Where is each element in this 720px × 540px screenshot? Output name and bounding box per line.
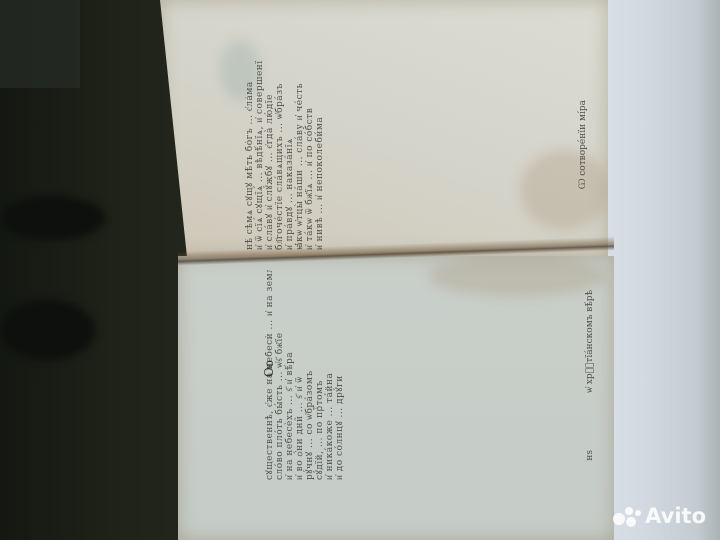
running-head-upper: Ѡ сотворе́нїи мі́ра xyxy=(578,100,588,189)
text-line: нѣ̑ сѣмѧ̀ сꙋщꙋ̀ мѣ̑ть бо́гъ ... є҆ла́ма xyxy=(245,60,255,250)
avito-watermark: Avito xyxy=(613,504,706,528)
text-line: ꙗ҆́кѡ ѡ҆тцы̀ на́ши ... сла́ву и҆ че́сть xyxy=(295,60,305,250)
avito-dots-icon xyxy=(613,505,641,527)
dark-table-surface xyxy=(0,0,190,540)
text-line: и҆ во ѻ҆́ни дни̑ ... ѕ҃ и҆ ѿ xyxy=(295,270,305,480)
text-line: сло́во пло́ть бы́сть ... ѡ҆ѕ҃ бж҃їе xyxy=(275,270,285,480)
hand-shadow xyxy=(0,196,105,240)
text-line: рꙋ́чнꙋ ... со ѡ҆бра́зомъ xyxy=(305,270,315,480)
watermark-text: Avito xyxy=(645,504,706,528)
text-line: и҆ сла́вꙋ и҆ слꙋ́жбꙋ ... є҆гда̀ лю́дїе xyxy=(265,60,275,250)
lower-page-text: сꙋ́щественнѣ, є҆́же на небесѝ ... и҆ на … xyxy=(265,270,595,480)
text-line: и҆ пра́вдꙋ ... наказа́нїѧ xyxy=(285,60,295,250)
text-line: и҆ та́кѡ ѿ бж҃їѧ ... и҆ по со́бств xyxy=(305,60,315,250)
background-panel xyxy=(0,0,80,88)
text-line: бл҃гоче́стїе сла́вѧщихъ ... ѡ҆бра́зъ xyxy=(275,60,285,250)
text-line: и҆ ѿ сїѧ́ сꙋщїѧ́ ... вѣдѣ́нїѧ, и҆ соверш… xyxy=(255,60,265,250)
text-line: и҆ ника́коже ... та́йна xyxy=(325,270,335,480)
book-photo: Ѡ сотворе́нїи мі́ра нѣ̑ сѣмѧ̀ сꙋщꙋ̀ мѣ̑т… xyxy=(0,0,720,540)
hand-shadow xyxy=(0,300,95,360)
catchword: Оо xyxy=(262,360,276,377)
text-line: и҆ до со́лнцꙋ ... дрꙋ́ги xyxy=(335,270,345,480)
text-line: и҆ нивѣ ... и҆ непоколеби́ма xyxy=(315,60,325,250)
text-line: и҆ на небесѐхъ ... ѕ҃ и҆ вѣ́ра xyxy=(285,270,295,480)
upper-page-text: нѣ̑ сѣмѧ̀ сꙋщꙋ̀ мѣ̑ть бо́гъ ... є҆ла́ма … xyxy=(245,60,565,250)
text-line: сꙋ́дїй, ... по прⷭ҇томъ xyxy=(315,270,325,480)
